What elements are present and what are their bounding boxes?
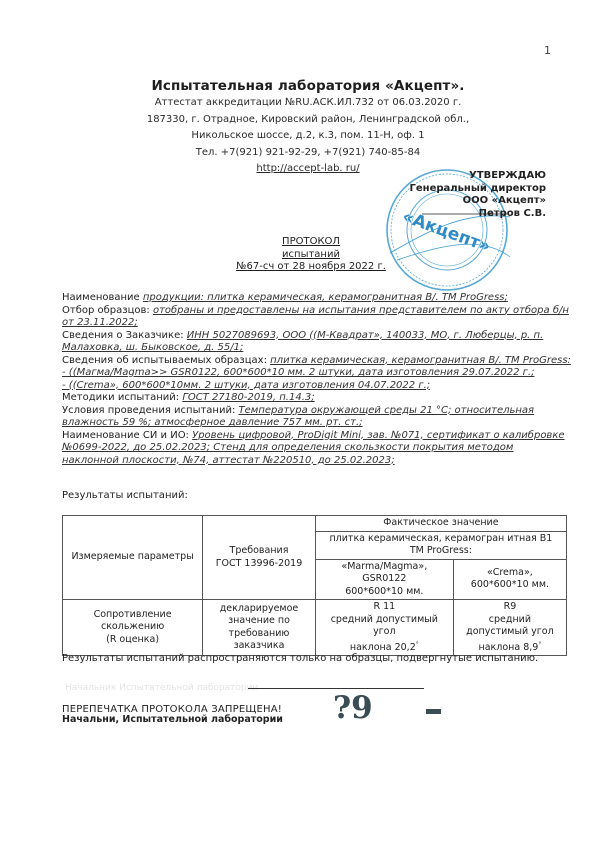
protocol-number-date: №67-сч от 28 ноября 2022 г. (226, 261, 396, 274)
field-conditions: Условия проведения испытаний: Температур… (62, 405, 572, 430)
approval-heading: УТВЕРЖДАЮ (410, 170, 546, 183)
approval-block: УТВЕРЖДАЮ Генеральный директор ООО «Акце… (410, 170, 546, 220)
field-sampling: Отбор образцов: отобраны и предоставлены… (62, 305, 572, 330)
footer-block: ПЕРЕПЕЧАТКА ПРОТОКОЛА ЗАПРЕЩЕНА! Начальн… (62, 705, 283, 725)
lab-header: Испытательная лаборатория «Акцепт». Атте… (100, 77, 516, 178)
header-actual: Фактическое значение (315, 516, 566, 532)
accreditation-line: Аттестат аккредитации №RU.АСК.ИЛ.732 от … (100, 95, 516, 112)
results-table: Измеряемые параметры Требования ГОСТ 139… (62, 515, 567, 656)
field-product: Наименование продукции: плитка керамичес… (62, 292, 572, 305)
signature-line (248, 688, 424, 689)
header-requirements: Требования ГОСТ 13996-2019 (203, 516, 316, 600)
header-product: плитка керамическая, керамогран итная B1… (315, 531, 566, 559)
header-param: Измеряемые параметры (63, 516, 203, 600)
results-label: Результаты испытаний: (62, 490, 188, 501)
field-customer: Сведения о Заказчике: ИНН 5027089693, ОО… (62, 330, 572, 355)
page-number: 1 (544, 44, 551, 57)
field-samples-info: Сведения об испытываемых образцах: плитк… (62, 355, 572, 368)
lab-title: Испытательная лаборатория «Акцепт». (100, 77, 516, 95)
degree-mark: ° (416, 641, 419, 648)
address-line-2: Никольское шоссе, д.2, к.3, пом. 11-Н, о… (100, 128, 516, 145)
approval-position: Генеральный директор (410, 183, 546, 196)
cell-param: Сопротивление скольжению (R оценка) (63, 600, 203, 656)
cell-sample-1-result: R 11 средний допустимый угол наклона 20,… (315, 600, 453, 656)
dash-mark (426, 709, 441, 714)
scan-number: ?9 (333, 690, 373, 726)
approval-signer: Петров С.В. (410, 208, 546, 221)
faint-signer-text: Начальник Испытательной лаборатории (65, 683, 258, 693)
field-instruments: Наименование СИ и ИО: Уровень цифровой, … (62, 430, 572, 468)
disclaimer: Результаты испытаний распространяются то… (62, 653, 538, 664)
protocol-title: ПРОТОКОЛ испытаний №67-сч от 28 ноября 2… (226, 236, 396, 274)
protocol-heading: ПРОТОКОЛ (226, 236, 396, 249)
cell-requirement: декларируемое значение по требованию зак… (203, 600, 316, 656)
header-sample-1: «Marma/Magma», GSR0122 600*600*10 мм. (315, 559, 453, 600)
cell-sample-2-result: R9 средний допустимый угол наклона 8,9° (453, 600, 566, 656)
protocol-fields: Наименование продукции: плитка керамичес… (62, 292, 572, 467)
field-methods: Методики испытаний: ГОСТ 27180-2019, п.1… (62, 392, 572, 405)
phone-line: Тел. +7(921) 921-92-29, +7(921) 740-85-8… (100, 145, 516, 162)
protocol-subheading: испытаний (226, 249, 396, 262)
table-row: Сопротивление скольжению (R оценка) декл… (63, 600, 567, 656)
field-sample-2: - ((Crema», 600*600*10мм. 2 штуки, дата … (62, 380, 572, 393)
address-line-1: 187330, г. Отрадное, Кировский район, Ле… (100, 112, 516, 129)
field-sample-1: - ((Магма/Magma>> GSR0122, 600*600*10 мм… (62, 367, 572, 380)
approval-company: ООО «Акцепт» (410, 195, 546, 208)
degree-mark: ° (538, 641, 541, 648)
header-sample-2: «Crema», 600*600*10 мм. (453, 559, 566, 600)
lab-head-signer: Начальни, Испытательной лаборатории (62, 715, 283, 725)
